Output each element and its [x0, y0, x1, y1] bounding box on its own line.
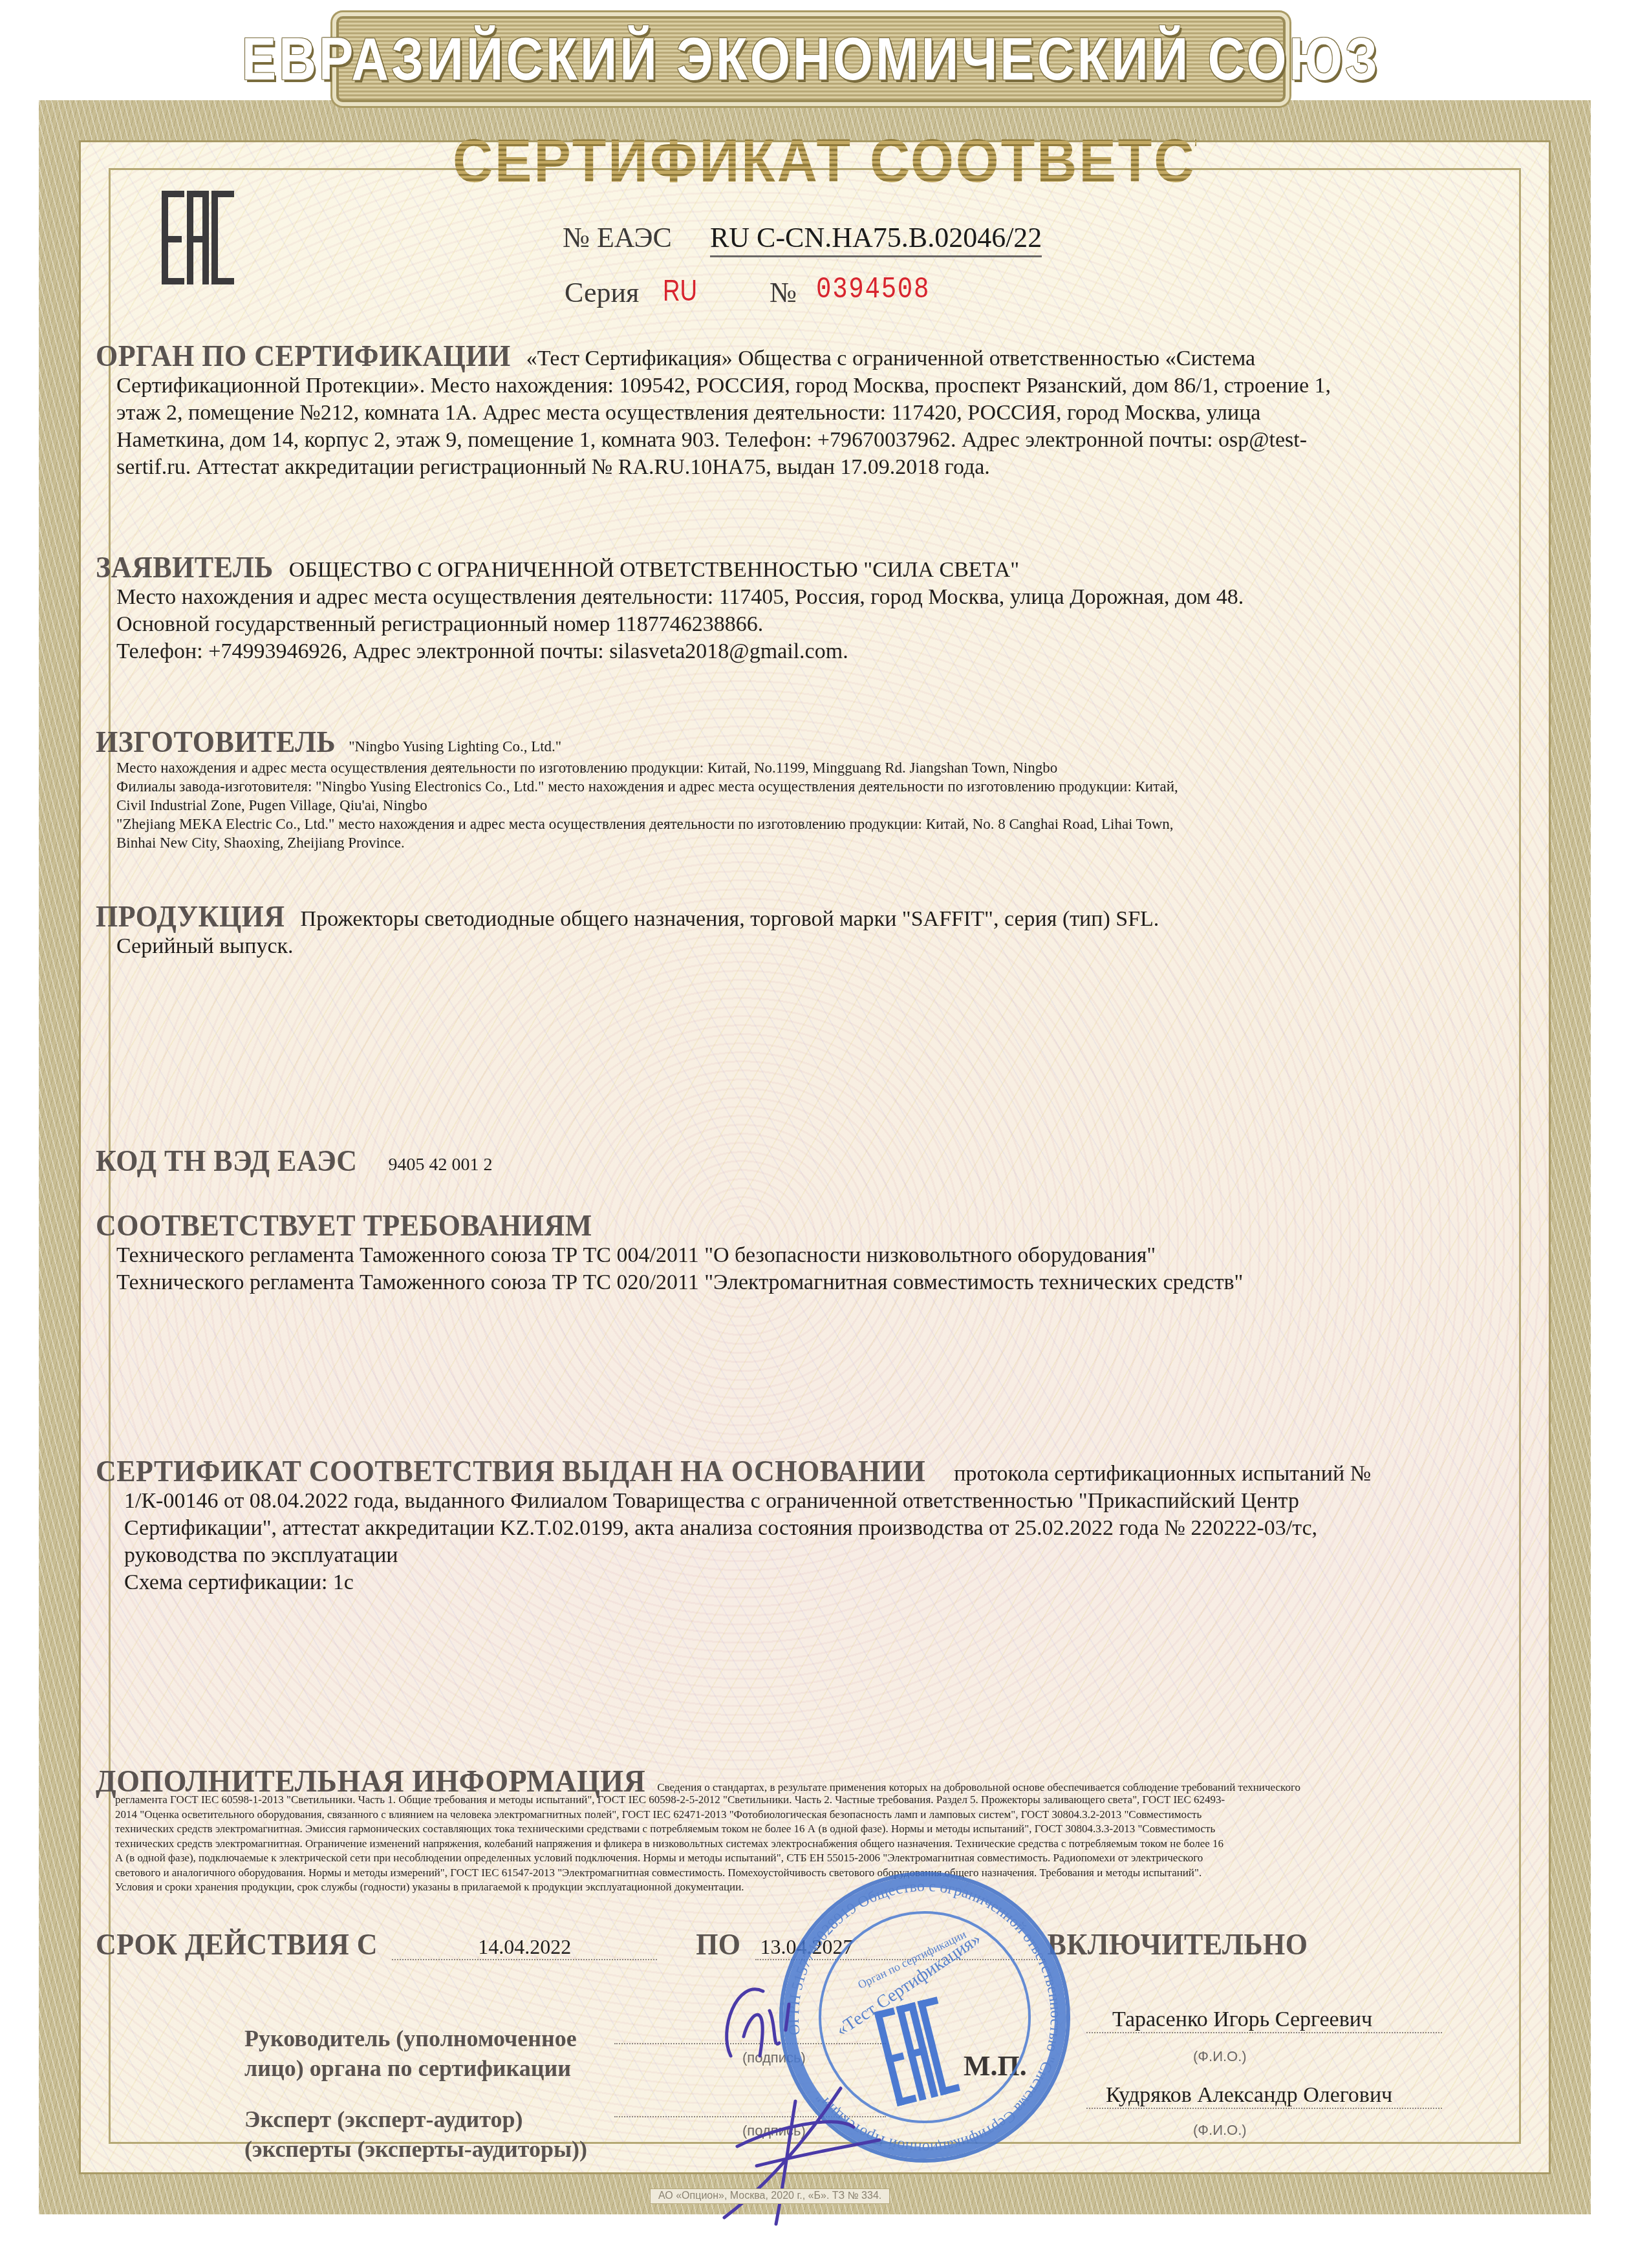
series-label: Серия — [565, 276, 639, 309]
section-heading: ОРГАН ПО СЕРТИФИКАЦИИ — [96, 339, 511, 374]
section-heading: СЕРТИФИКАТ СООТВЕТСТВИЯ ВЫДАН НА ОСНОВАН… — [96, 1454, 925, 1489]
product-description: Прожекторы светодиодные общего назначени… — [301, 907, 1159, 931]
certification-body-name: «Тест Сертификация» Общества с ограничен… — [526, 347, 1255, 370]
section-basis: СЕРТИФИКАТ СООТВЕТСТВИЯ ВЫДАН НА ОСНОВАН… — [96, 1455, 1493, 1596]
validity-to-label: ПО — [696, 1927, 740, 1962]
text-line: "Zhejiang MEKA Electric Co., Ltd." место… — [116, 815, 1493, 833]
requirements-list: Технического регламента Таможенного союз… — [96, 1242, 1493, 1296]
text-line: Схема сертификации: 1с — [124, 1569, 1493, 1596]
official-stamp: Орган по сертификации «Тест Сертификация… — [760, 1853, 1089, 2181]
text-line: технических средств электромагнитная. Ог… — [115, 1837, 1493, 1852]
expert-name: Кудряков Александр Олегович — [1086, 2083, 1442, 2109]
text-line: Сертификационной Протекции». Место нахож… — [116, 372, 1493, 400]
applicant-details: Место нахождения и адрес места осуществл… — [96, 584, 1493, 665]
text-line: А (в одной фазе), подключаемые к электри… — [115, 1851, 1493, 1866]
name-caption: (Ф.И.О.) — [1193, 2122, 1247, 2139]
text-line: светового и аналогичного оборудования. Н… — [115, 1866, 1493, 1881]
text-line: Филиалы завода-изготовителя: "Ningbo Yus… — [116, 777, 1493, 796]
text-line: Место нахождения и адрес места осуществл… — [116, 584, 1493, 611]
text-line: Основной государственный регистрационный… — [116, 611, 1493, 638]
section-heading: ДОПОЛНИТЕЛЬНАЯ ИНФОРМАЦИЯ — [96, 1763, 645, 1799]
text-line: руководства по эксплуатации — [124, 1542, 1493, 1569]
text-line: Эксперт (эксперт-аудитор) — [244, 2104, 587, 2134]
text-line: Серийный выпуск. — [116, 933, 1493, 960]
tn-ved-code: 9405 42 001 2 — [389, 1155, 493, 1175]
section-tn-ved: КОД ТН ВЭД ЕАЭС 9405 42 001 2 — [96, 1144, 1493, 1177]
head-name: Тарасенко Игорь Сергеевич — [1086, 2007, 1442, 2033]
validity-inclusive-label: ВКЛЮЧИТЕЛЬНО — [1048, 1927, 1308, 1962]
text-line: Руководитель (уполномоченное — [244, 2024, 577, 2053]
basis-lead: протокола сертификационных испытаний № — [954, 1462, 1371, 1486]
certification-body-details: Сертификационной Протекции». Место нахож… — [96, 372, 1493, 481]
text-line: 1/К-00146 от 08.04.2022 года, выданного … — [124, 1488, 1493, 1515]
blank-number: 0394508 — [816, 273, 930, 306]
section-heading: КОД ТН ВЭД ЕАЭС — [96, 1144, 358, 1179]
section-certification-body: ОРГАН ПО СЕРТИФИКАЦИИ «Тест Сертификация… — [96, 339, 1493, 481]
validity-from-label: СРОК ДЕЙСТВИЯ С — [96, 1927, 378, 1962]
section-product: ПРОДУКЦИЯ Прожекторы светодиодные общего… — [96, 900, 1493, 960]
eac-mark-icon — [162, 191, 234, 284]
text-line: Наметкина, дом 14, корпус 2, этаж 9, пом… — [116, 427, 1493, 454]
union-title: ЕВРАЗИЙСКИЙ ЭКОНОМИЧЕСКИЙ СОЮЗ — [242, 25, 1380, 94]
name-caption: (Ф.И.О.) — [1193, 2048, 1247, 2065]
text-line: этаж 2, помещение №212, комната 1А. Адре… — [116, 400, 1493, 427]
validity-date-from: 14.04.2022 — [392, 1935, 657, 1960]
document-title: СЕРТИФИКАТ СООТВЕТСТВИЯ — [453, 126, 1196, 197]
svg-text:ОГРН 5157746028919 Общество с: ОГРН 5157746028919 Общество с ограниченн… — [768, 1860, 1082, 2174]
section-heading: ИЗГОТОВИТЕЛЬ — [96, 725, 336, 760]
expert-signature-label: Эксперт (эксперт-аудитор) (эксперты (экс… — [244, 2104, 587, 2164]
applicant-name: ОБЩЕСТВО С ОГРАНИЧЕННОЙ ОТВЕТСТВЕННОСТЬЮ… — [289, 558, 1019, 582]
stamp-ring-text: ОГРН 5157746028919 Общество с ограниченн… — [760, 1853, 1089, 2181]
text-line: Сертификации", аттестат аккредитации KZ.… — [124, 1515, 1493, 1542]
text-line: sertif.ru. Аттестат аккредитации регистр… — [116, 454, 1493, 481]
text-line: Телефон: +74993946926, Адрес электронной… — [116, 638, 1493, 665]
section-manufacturer: ИЗГОТОВИТЕЛЬ "Ningbo Yusing Lighting Co.… — [96, 725, 1493, 852]
text-line: Технического регламента Таможенного союз… — [116, 1242, 1493, 1269]
text-line: Binhai New City, Shaoxing, Zheijiang Pro… — [116, 833, 1493, 852]
section-additional-info: ДОПОЛНИТЕЛЬНАЯ ИНФОРМАЦИЯ Сведения о ста… — [96, 1764, 1493, 1895]
text-line: (эксперты (эксперты-аудиторы)) — [244, 2134, 587, 2164]
additional-info-lead: Сведения о стандартах, в результате прим… — [657, 1781, 1300, 1793]
head-signature-label: Руководитель (уполномоченное лицо) орган… — [244, 2024, 577, 2083]
text-line: технических средств электромагнитная. Эм… — [115, 1822, 1493, 1837]
manufacturer-details: Место нахождения и адрес места осуществл… — [96, 758, 1493, 852]
series-value: RU — [663, 273, 697, 308]
section-heading: СООТВЕТСТВУЕТ ТРЕБОВАНИЯМ — [96, 1208, 592, 1243]
section-requirements: СООТВЕТСТВУЕТ ТРЕБОВАНИЯМ Технического р… — [96, 1209, 1493, 1296]
manufacturer-name: "Ningbo Yusing Lighting Co., Ltd." — [349, 738, 561, 754]
section-heading: ПРОДУКЦИЯ — [96, 899, 285, 934]
text-line: Технического регламента Таможенного союз… — [116, 1269, 1493, 1296]
printer-note: АО «Опцион», Москва, 2020 г., «Б». ТЗ № … — [650, 2188, 890, 2204]
blank-number-label: № — [770, 276, 797, 309]
section-applicant: ЗАЯВИТЕЛЬ ОБЩЕСТВО С ОГРАНИЧЕННОЙ ОТВЕТС… — [96, 551, 1493, 665]
product-details: Серийный выпуск. — [96, 933, 1493, 960]
text-line: Место нахождения и адрес места осуществл… — [116, 758, 1493, 777]
basis-details: 1/К-00146 от 08.04.2022 года, выданного … — [96, 1488, 1493, 1596]
certificate-number: RU C-CN.НА75.В.02046/22 — [710, 221, 1042, 257]
section-heading: ЗАЯВИТЕЛЬ — [96, 550, 274, 585]
text-line: Civil Industrial Zone, Pugen Village, Qi… — [116, 796, 1493, 815]
certificate-number-label: № ЕАЭС — [563, 221, 672, 254]
union-banner: ЕВРАЗИЙСКИЙ ЭКОНОМИЧЕСКИЙ СОЮЗ — [336, 16, 1286, 102]
text-line: 2014 "Оценка осветительного оборудования… — [115, 1808, 1493, 1823]
additional-info-details: регламента ГОСТ IEC 60598-1-2013 "Светил… — [96, 1793, 1493, 1895]
text-line: лицо) органа по сертификации — [244, 2053, 577, 2083]
